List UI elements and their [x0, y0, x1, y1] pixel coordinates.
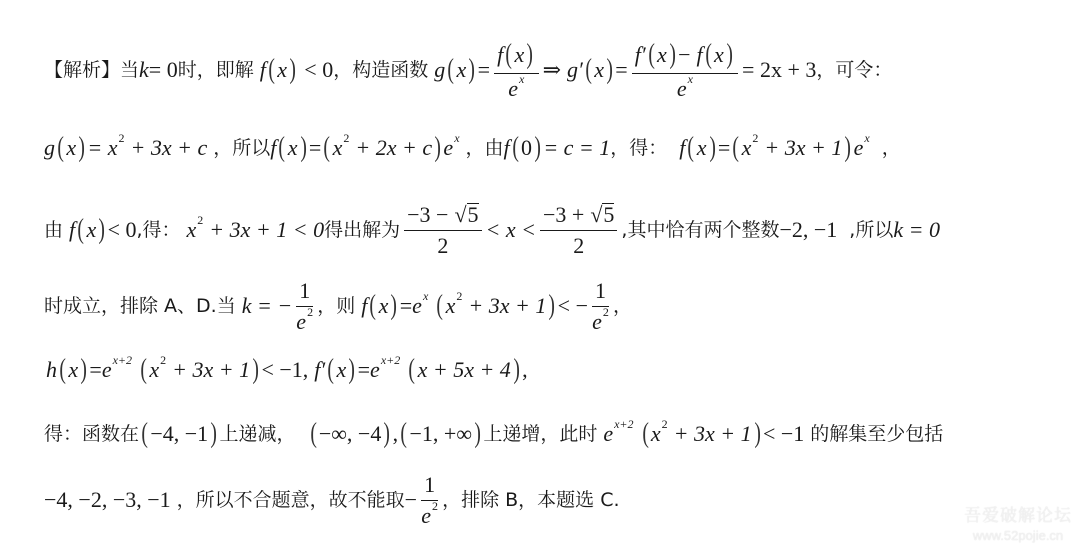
- paren-open: (: [78, 216, 85, 244]
- fraction-root-upper: −3 + √5 2: [540, 203, 617, 257]
- paren-close: ): [549, 292, 556, 320]
- text: ，所以: [213, 139, 270, 158]
- text: ，则: [317, 297, 355, 316]
- text: ，可令：: [816, 61, 892, 80]
- paren-open: (: [310, 420, 317, 448]
- exponent: x+2: [381, 354, 400, 366]
- solution-line-6: 得：函数在 (−4, −1) 上递减， (−∞, −4) , (−1, +∞) …: [44, 416, 943, 452]
- math: = x: [87, 137, 117, 159]
- math-var: g: [44, 137, 55, 159]
- paren-open: (: [688, 134, 695, 162]
- paren-open: (: [437, 292, 444, 320]
- math: + 3x + 1: [764, 137, 842, 159]
- paren-close: ): [289, 56, 296, 84]
- solution-document: 【解析】 当 k = 0 时，即解 f (x) < 0 ，构造函数 g (x) …: [0, 0, 1080, 551]
- fraction-root-lower: −3 − √5 2: [404, 203, 481, 257]
- math: −∞, −4: [319, 423, 382, 445]
- exponent: 2: [752, 132, 758, 144]
- paren-close: ): [434, 134, 441, 162]
- exponent: 2: [456, 290, 462, 302]
- exponent: 2: [197, 214, 203, 226]
- math-var: f: [679, 137, 685, 159]
- paren-close: ): [754, 420, 761, 448]
- text: ，由: [466, 139, 504, 158]
- paren-close: ): [606, 56, 613, 84]
- paren-close: ): [709, 134, 716, 162]
- text: 的解集至少包括: [810, 425, 943, 444]
- paren-close: ): [513, 356, 520, 384]
- math-var: k: [139, 59, 149, 81]
- math: < −1: [763, 423, 804, 445]
- math: < −1,: [261, 359, 308, 381]
- math-var: f: [504, 137, 510, 159]
- paren-close: ): [349, 356, 356, 384]
- math-var: e: [421, 505, 431, 527]
- paren-open: (: [324, 134, 331, 162]
- paren-open: (: [512, 134, 519, 162]
- paren-close: ): [469, 56, 476, 84]
- text: ,得：: [136, 221, 180, 240]
- text: ，所以不合题意，故不能取: [177, 491, 405, 510]
- watermark: 吾爱破解论坛 www.52pojie.cn: [964, 501, 1072, 543]
- exponent: x: [864, 132, 869, 144]
- text: 得：函数在: [44, 425, 139, 444]
- math-var: x: [594, 59, 604, 81]
- math-var: e: [102, 359, 112, 381]
- text: 得出解为: [324, 221, 400, 240]
- paren-open: (: [57, 134, 64, 162]
- math-var: f: [69, 219, 75, 241]
- exponent: 2: [160, 354, 166, 366]
- math-var: e: [508, 78, 518, 100]
- solution-line-4: 时成立，排除 A、D.当 k = − 1 e2 ，则 f (x) = ex (x…: [44, 276, 632, 336]
- text: ，构造函数: [333, 61, 428, 80]
- paren-open: (: [268, 56, 275, 84]
- math: k = −: [242, 295, 292, 317]
- text: 当: [120, 61, 139, 80]
- solution-line-1: 【解析】 当 k = 0 时，即解 f (x) < 0 ，构造函数 g (x) …: [44, 38, 892, 102]
- text: ，: [882, 139, 901, 158]
- math-var: x: [288, 137, 298, 159]
- solution-line-5: h (x) = ex+2 (x2+ 3x + 1) < −1, f′ (x) =…: [46, 352, 528, 388]
- paren-close: ): [253, 356, 260, 384]
- paren-open: (: [141, 420, 148, 448]
- math: x + 5x + 4: [418, 359, 511, 381]
- math: −4, −1: [150, 423, 208, 445]
- math-var: e: [603, 423, 613, 445]
- math-var: x: [457, 59, 467, 81]
- watermark-url: www.52pojie.cn: [964, 528, 1072, 543]
- text: ,所以: [849, 221, 893, 240]
- math: < 0: [304, 59, 333, 81]
- paren-open: (: [401, 420, 408, 448]
- paren-open: (: [140, 356, 147, 384]
- text: ，得：: [610, 139, 667, 158]
- text: ,: [522, 359, 528, 381]
- math-var: x: [333, 137, 343, 159]
- solution-line-2: g (x) = x2 + 3x + c ，所以 f (x) = (x2+ 2x …: [44, 128, 901, 168]
- paren-open: (: [648, 41, 655, 69]
- math: + 3x + 1 < 0: [209, 219, 324, 241]
- text: 时成立，排除 A、D.当: [44, 297, 236, 316]
- text: ，: [613, 297, 632, 316]
- paren-close: ): [726, 41, 733, 69]
- math: =: [615, 59, 627, 81]
- math-var: g′: [567, 59, 583, 81]
- math-var: f: [361, 295, 367, 317]
- implies-symbol: ⇒: [543, 59, 561, 81]
- paren-open: (: [733, 134, 740, 162]
- exponent: 2: [603, 306, 609, 318]
- math-var: x: [68, 359, 78, 381]
- radicand: 5: [602, 203, 614, 226]
- math: =: [89, 359, 101, 381]
- paren-open: (: [705, 41, 712, 69]
- math-var: e: [443, 137, 453, 159]
- math: −: [405, 489, 417, 511]
- math: −3 −: [407, 204, 448, 226]
- text: 由: [44, 221, 63, 240]
- math: =: [358, 359, 370, 381]
- math: −2, −1: [779, 219, 837, 241]
- math: =: [400, 295, 412, 317]
- math: ,: [393, 423, 399, 445]
- sqrt-symbol: √: [590, 204, 602, 226]
- math-var: x: [187, 219, 197, 241]
- fraction-f-over-ex: f (x) ex: [494, 41, 539, 100]
- math: 2: [573, 235, 584, 257]
- exponent: x+2: [614, 418, 633, 430]
- math-var: x: [149, 359, 159, 381]
- math-var: f: [497, 44, 503, 66]
- math-var: f: [260, 59, 266, 81]
- math-var: e: [854, 137, 864, 159]
- math-var: e: [592, 311, 602, 333]
- paren-close: ): [300, 134, 307, 162]
- math: + 2x + c: [355, 137, 432, 159]
- math-var: e: [296, 311, 306, 333]
- math: 1: [299, 280, 310, 302]
- math: =: [478, 59, 490, 81]
- paren-close: ): [99, 216, 106, 244]
- text: 时，即解: [178, 61, 254, 80]
- math: < x <: [486, 219, 536, 241]
- math-var: x: [714, 44, 724, 66]
- math-var: x: [86, 219, 96, 241]
- math-var: f: [270, 137, 276, 159]
- paren-close: ): [80, 356, 87, 384]
- math-var: x: [697, 137, 707, 159]
- exponent: x: [688, 73, 693, 85]
- math: < 0: [108, 219, 137, 241]
- math-var: x: [651, 423, 661, 445]
- exponent: x: [519, 73, 524, 85]
- math: + 3x + c: [131, 137, 208, 159]
- paren-close: ): [534, 134, 541, 162]
- text: ，排除 B，本题选 C.: [442, 491, 619, 510]
- math-var: x: [657, 44, 667, 66]
- math-var: x: [277, 59, 287, 81]
- text: 上递减，: [220, 425, 296, 444]
- exponent: 2: [662, 418, 668, 430]
- solution-line-7: −4, −2, −3, −1 ，所以不合题意，故不能取 − 1 e2 ，排除 B…: [44, 470, 620, 530]
- paren-open: (: [448, 56, 455, 84]
- math: −3 +: [543, 204, 584, 226]
- math-var: f′: [314, 359, 325, 381]
- math: < −: [558, 295, 588, 317]
- paren-close: ): [391, 292, 398, 320]
- math: k = 0: [893, 219, 940, 241]
- fraction-one-over-e2: 1 e2: [421, 474, 438, 527]
- paren-close: ): [384, 420, 391, 448]
- math-var: x: [742, 137, 752, 159]
- math-var: x: [66, 137, 76, 159]
- math-var: x: [515, 44, 525, 66]
- exponent: 2: [307, 306, 313, 318]
- math-var: f′: [635, 44, 646, 66]
- math-var: h: [46, 359, 57, 381]
- math: 0: [521, 137, 532, 159]
- paren-open: (: [328, 356, 335, 384]
- exponent: 2: [119, 132, 125, 144]
- paren-close: ): [845, 134, 852, 162]
- paren-open: (: [59, 356, 66, 384]
- math: −: [678, 44, 690, 66]
- radicand: 5: [467, 203, 479, 226]
- text: 上递增，此时: [483, 425, 597, 444]
- fraction-one-over-e2: 1 e2: [296, 280, 313, 333]
- math-var: x: [337, 359, 347, 381]
- paren-close: ): [527, 41, 534, 69]
- paren-close: ): [669, 41, 676, 69]
- watermark-title: 吾爱破解论坛: [964, 501, 1072, 526]
- math: 1: [424, 474, 435, 496]
- math: −1, +∞: [410, 423, 473, 445]
- math-var: f: [696, 44, 702, 66]
- math-var: g: [434, 59, 445, 81]
- math-var: e: [677, 78, 687, 100]
- exponent: 2: [432, 500, 438, 512]
- math: =: [718, 137, 730, 159]
- math: = c = 1: [543, 137, 610, 159]
- paren-open: (: [409, 356, 416, 384]
- paren-close: ): [211, 420, 218, 448]
- math: 1: [595, 280, 606, 302]
- math-var: x: [446, 295, 456, 317]
- paren-open: (: [506, 41, 513, 69]
- math-var: e: [370, 359, 380, 381]
- paren-open: (: [585, 56, 592, 84]
- math: + 3x + 1: [468, 295, 546, 317]
- text: ,其中恰有两个整数: [621, 221, 779, 240]
- solution-line-3: 由 f (x) < 0 ,得： x2 + 3x + 1 < 0 得出解为 −3 …: [44, 198, 940, 262]
- math: 2: [437, 235, 448, 257]
- paren-close: ): [78, 134, 85, 162]
- paren-open: (: [642, 420, 649, 448]
- math: + 3x + 1: [674, 423, 752, 445]
- exponent: 2: [343, 132, 349, 144]
- math: + 3x + 1: [172, 359, 250, 381]
- paren-open: (: [370, 292, 377, 320]
- exponent: x+2: [113, 354, 132, 366]
- math: =: [309, 137, 321, 159]
- fraction-derivative: f′ (x) − f (x) ex: [632, 41, 738, 100]
- exponent: x: [423, 290, 428, 302]
- paren-open: (: [279, 134, 286, 162]
- math-var: x: [379, 295, 389, 317]
- analysis-label: 【解析】: [44, 61, 120, 80]
- fraction-one-over-e2: 1 e2: [592, 280, 609, 333]
- math: −4, −2, −3, −1: [44, 489, 171, 511]
- sqrt-symbol: √: [454, 204, 466, 226]
- exponent: x: [454, 132, 459, 144]
- paren-close: ): [474, 420, 481, 448]
- math: = 0: [149, 59, 178, 81]
- math-var: e: [412, 295, 422, 317]
- math: = 2x + 3: [742, 59, 816, 81]
